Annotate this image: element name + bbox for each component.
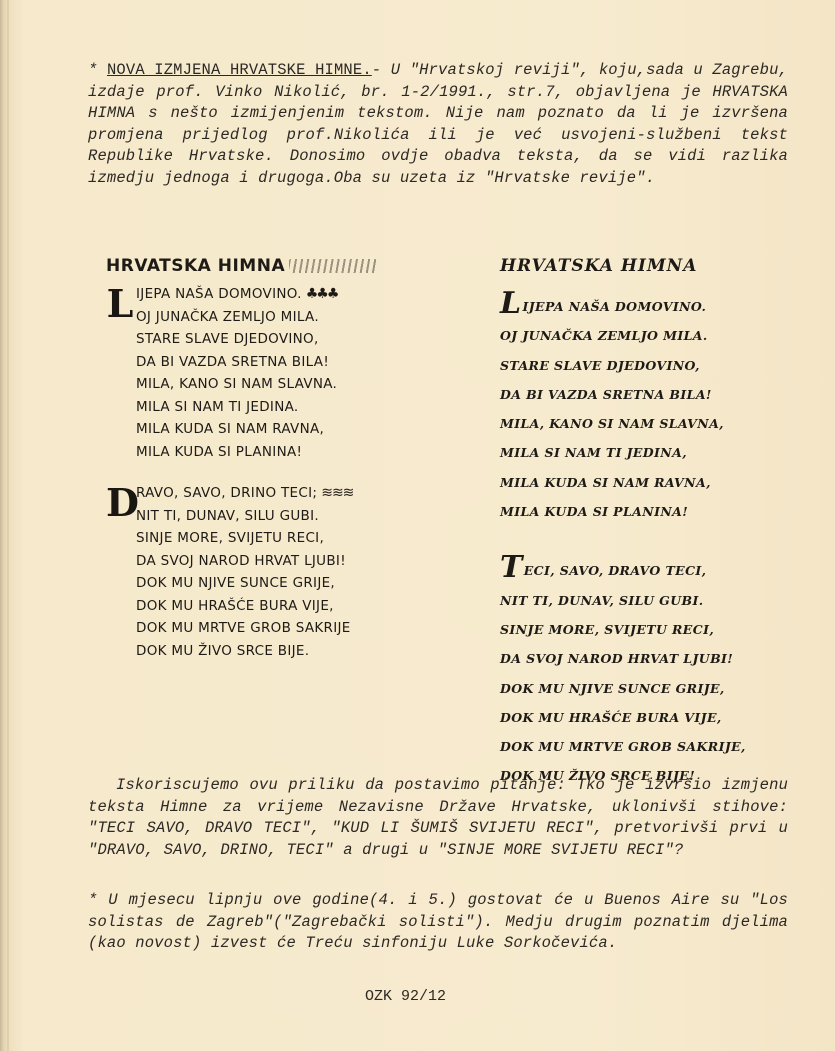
anthem-left-column: HRVATSKA HIMNA L IJEPA NAŠA DOMOVINO.♣♣♣… — [106, 254, 396, 662]
verse-line: MILA SI NAM TI JEDINA, — [500, 438, 810, 467]
verse-line: NIT TI, DUNAV, SILU GUBI. — [500, 586, 810, 615]
verse-line: STARE SLAVE DJEDOVINO, — [136, 328, 396, 351]
intro-note: * NOVA IZMJENA HRVATSKE HIMNE.- U "Hrvat… — [88, 60, 788, 189]
verse-line: DA SVOJ NAROD HRVAT LJUBI! — [136, 550, 396, 573]
anthem-right-column: HRVATSKA HIMNA LIJEPA NAŠA DOMOVINO. OJ … — [500, 256, 810, 791]
bullet: * — [88, 61, 107, 79]
verse-line: TECI, SAVO, DRAVO TECI, — [500, 556, 810, 585]
page-edge — [7, 0, 9, 1051]
anthem-left-stanza-1: L IJEPA NAŠA DOMOVINO.♣♣♣ OJ JUNAČKA ZEM… — [106, 283, 396, 463]
verse-line: DA SVOJ NAROD HRVAT LJUBI! — [500, 644, 810, 673]
verse-line: MILA, KANO SI NAM SLAVNA. — [136, 373, 396, 396]
anthem-right-stanza-2: TECI, SAVO, DRAVO TECI, NIT TI, DUNAV, S… — [500, 556, 810, 790]
decorated-initial: D — [106, 482, 134, 524]
waves-icon: ≋≋≋ — [321, 485, 353, 501]
verse-line: RAVO, SAVO, DRINO TECI;≋≋≋ — [136, 482, 396, 505]
verse-line: DOK MU HRAŠĆE BURA VIJE, — [500, 703, 810, 732]
verse-line: SINJE MORE, SVIJETU RECI, — [500, 615, 810, 644]
question-paragraph: Iskoriscujemo ovu priliku da postavimo p… — [88, 775, 788, 861]
anthem-left-title-row: HRVATSKA HIMNA — [106, 254, 396, 278]
trees-icon: ♣♣♣ — [306, 286, 338, 302]
verse-line: MILA KUDA SI PLANINA! — [500, 497, 810, 526]
decorated-initial: L — [106, 283, 134, 325]
anthem-left-stanza-2: D RAVO, SAVO, DRINO TECI;≋≋≋ NIT TI, DUN… — [106, 482, 396, 662]
verse-line: DOK MU NJIVE SUNCE GRIJE, — [136, 572, 396, 595]
verse-line: DOK MU HRAŠĆE BURA VIJE, — [136, 595, 396, 618]
verse-line: IJEPA NAŠA DOMOVINO.♣♣♣ — [136, 283, 396, 306]
decorated-initial: L — [500, 286, 522, 321]
anthem-right-title: HRVATSKA HIMNA — [500, 256, 810, 282]
anthem-right-stanza-1: LIJEPA NAŠA DOMOVINO. OJ JUNAČKA ZEMLJO … — [500, 292, 810, 526]
verse-line: MILA, KANO SI NAM SLAVNA, — [500, 409, 810, 438]
decorated-initial: T — [500, 550, 523, 585]
verse-line: DOK MU ŽIVO SRCE BIJE. — [136, 640, 396, 663]
verse-line: MILA KUDA SI NAM RAVNA, — [136, 418, 396, 441]
verse-line: DA BI VAZDA SRETNA BILA! — [136, 351, 396, 374]
intro-text: - U "Hrvatskoj reviji", koju,sada u Zagr… — [88, 61, 788, 187]
verse-line: MILA SI NAM TI JEDINA. — [136, 396, 396, 419]
page-reference-code: OZK 92/12 — [365, 988, 446, 1005]
verse-line: OJ JUNAČKA ZEMLJO MILA. — [136, 306, 396, 329]
verse-line: LIJEPA NAŠA DOMOVINO. — [500, 292, 810, 321]
document-page: * NOVA IZMJENA HRVATSKE HIMNE.- U "Hrvat… — [0, 0, 835, 1051]
concert-text: * U mjesecu lipnju ove godine(4. i 5.) g… — [88, 890, 788, 955]
verse-line: DOK MU MRTVE GROB SAKRIJE, — [500, 732, 810, 761]
anthem-left-title: HRVATSKA HIMNA — [106, 256, 285, 276]
ornament-icon — [289, 259, 377, 273]
verse-line: DOK MU NJIVE SUNCE GRIJE, — [500, 674, 810, 703]
verse-line: DA BI VAZDA SRETNA BILA! — [500, 380, 810, 409]
verse-line: OJ JUNAČKA ZEMLJO MILA. — [500, 321, 810, 350]
question-text: Iskoriscujemo ovu priliku da postavimo p… — [88, 775, 788, 861]
verse-line: NIT TI, DUNAV, SILU GUBI. — [136, 505, 396, 528]
note-heading: NOVA IZMJENA HRVATSKE HIMNE. — [107, 61, 372, 79]
verse-line: MILA KUDA SI PLANINA! — [136, 441, 396, 464]
verse-line: SINJE MORE, SVIJETU RECI, — [136, 527, 396, 550]
concert-note: * U mjesecu lipnju ove godine(4. i 5.) g… — [88, 890, 788, 955]
verse-line: STARE SLAVE DJEDOVINO, — [500, 351, 810, 380]
verse-line: DOK MU MRTVE GROB SAKRIJE — [136, 617, 396, 640]
verse-line: MILA KUDA SI NAM RAVNA, — [500, 468, 810, 497]
